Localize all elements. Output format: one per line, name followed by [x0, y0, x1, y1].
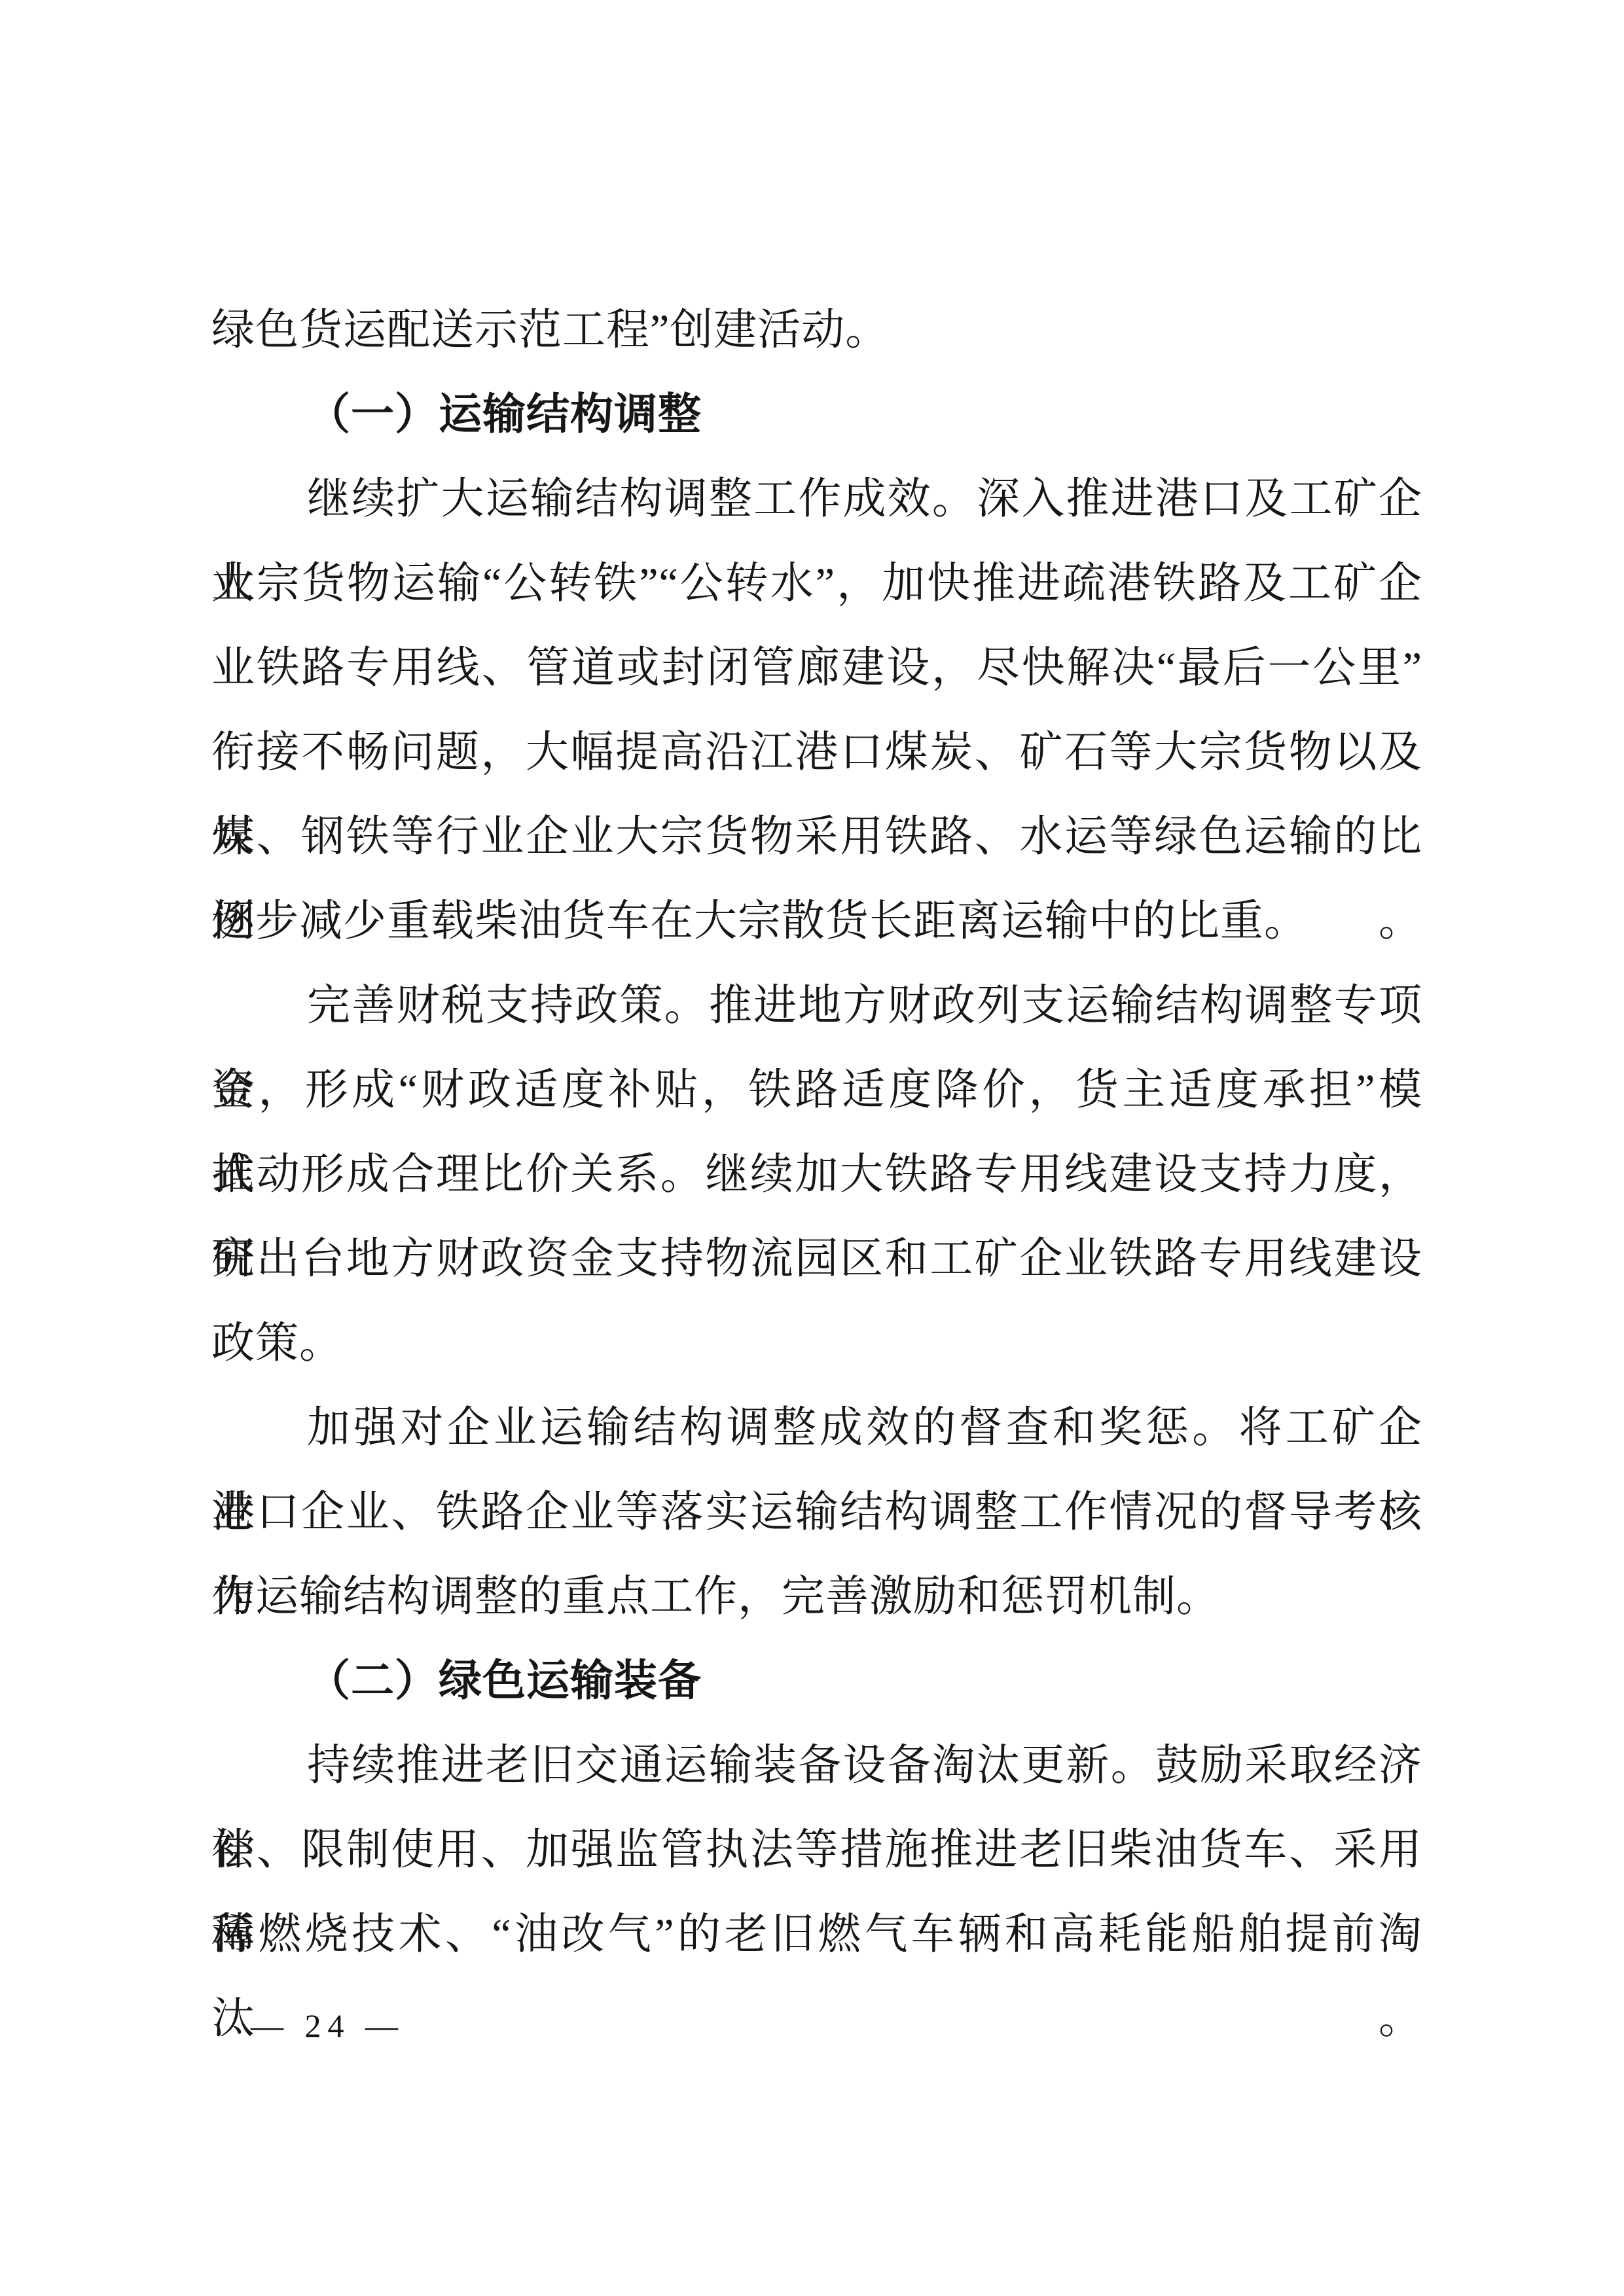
document-page: 绿色货运配送示范工程”创建活动。 （一）运输结构调整 继续扩大运输结构调整工作成… — [0, 0, 1624, 2296]
body-line: 究出台地方财政资金支持物流园区和工矿企业铁路专用线建设 — [211, 1217, 1422, 1301]
body-line: 衔接不畅问题，大幅提高沿江港口煤炭、矿石等大宗货物以及煤 — [211, 710, 1422, 795]
body-line: 金，形成“财政适度补贴，铁路适度降价，货主适度承担”模式， — [211, 1048, 1422, 1132]
body-line-paragraph-end: 政策。 — [211, 1301, 1422, 1386]
body-line: 偿、限制使用、加强监管执法等措施推进老旧柴油货车、采用稀 — [211, 1808, 1422, 1892]
body-line: 继续扩大运输结构调整工作成效。深入推进港口及工矿企业 — [211, 457, 1422, 541]
body-line: 加强对企业运输结构调整成效的督查和奖惩。将工矿企业、 — [211, 1386, 1422, 1470]
body-line: 持续推进老旧交通运输装备设备淘汰更新。鼓励采取经济补 — [211, 1723, 1422, 1808]
body-line: 完善财税支持政策。推进地方财政列支运输结构调整专项资 — [211, 963, 1422, 1048]
body-line: 业铁路专用线、管道或封闭管廊建设，尽快解决“最后一公里” — [211, 626, 1422, 710]
body-line: 炭、钢铁等行业企业大宗货物采用铁路、水运等绿色运输的比例。 — [211, 795, 1422, 879]
section-heading-1: （一）运输结构调整 — [211, 372, 1422, 457]
body-line: 港口企业、铁路企业等落实运输结构调整工作情况的督导考核作 — [211, 1470, 1422, 1554]
page-number: — 24 — — [251, 1984, 405, 2068]
body-line-paragraph-end: 为运输结构调整的重点工作，完善激励和惩罚机制。 — [211, 1554, 1422, 1639]
body-line-continuation: 绿色货运配送示范工程”创建活动。 — [211, 288, 1422, 372]
body-line-paragraph-end: 薄燃烧技术、“油改气”的老旧燃气车辆和高耗能船舶提前淘汰。 — [211, 1892, 1422, 1977]
text-content: 绿色货运配送示范工程”创建活动。 （一）运输结构调整 继续扩大运输结构调整工作成… — [211, 288, 1422, 1977]
body-line: 推动形成合理比价关系。继续加大铁路专用线建设支持力度，研 — [211, 1132, 1422, 1217]
body-line: 大宗货物运输“公转铁”“公转水”，加快推进疏港铁路及工矿企 — [211, 541, 1422, 626]
section-heading-2: （二）绿色运输装备 — [211, 1639, 1422, 1723]
body-line-paragraph-end: 逐步减少重载柴油货车在大宗散货长距离运输中的比重。 — [211, 879, 1422, 963]
